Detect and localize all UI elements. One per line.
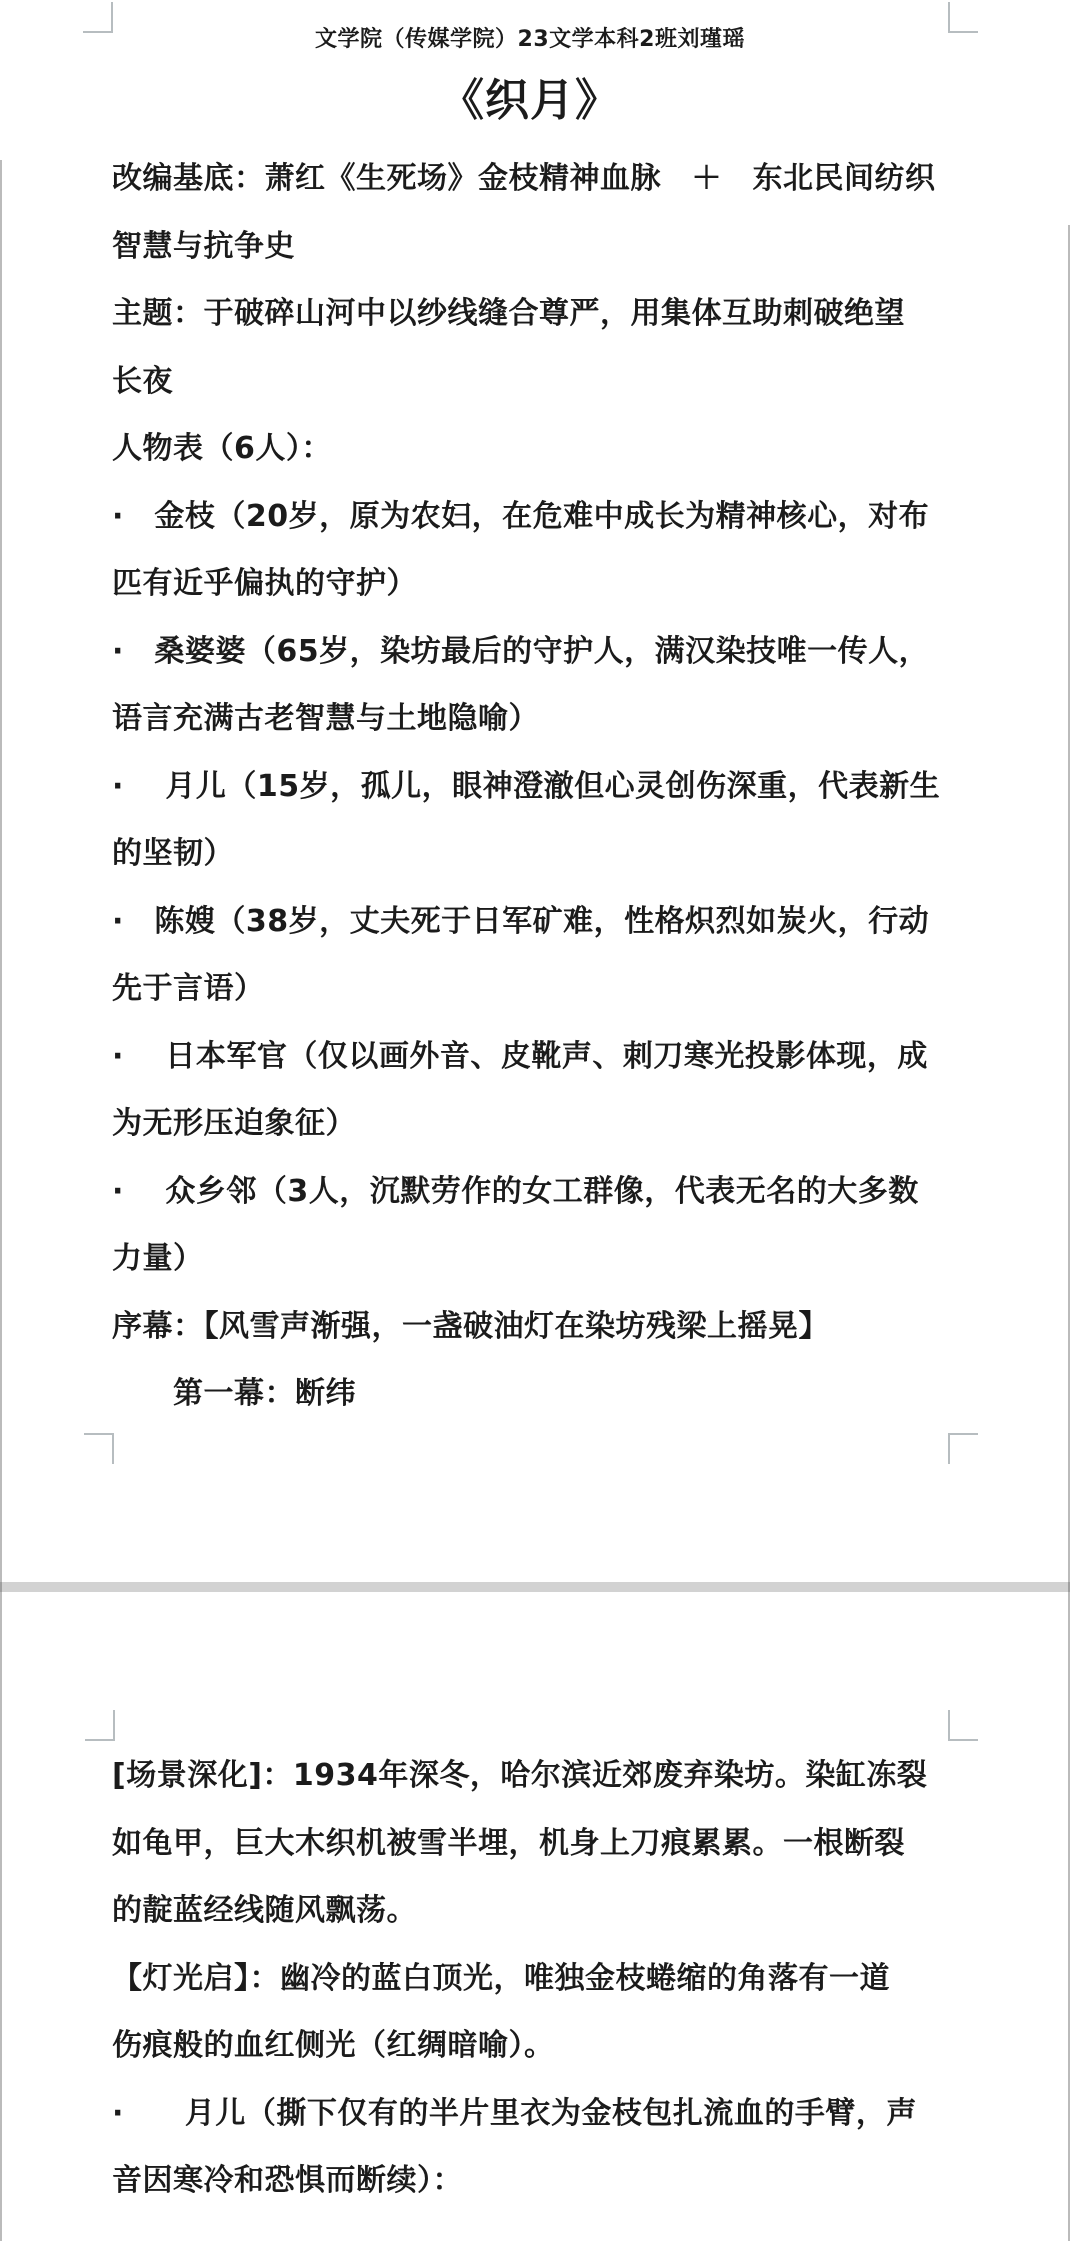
text-line: 的靛蓝经线随风飘荡。 (112, 1877, 974, 1945)
corner-mark-top-left (85, 1710, 115, 1741)
corner-mark-top-left (83, 2, 113, 33)
page-1-body: 改编基底：萧红《生死场》金枝精神血脉 ＋ 东北民间纺织 智慧与抗争史 主题：于破… (112, 145, 974, 1428)
text-line: 为无形压迫象征） (112, 1090, 974, 1158)
text-line: 匹有近乎偏执的守护） (112, 550, 974, 618)
text-line: 音因寒冷和恐惧而断续）： (112, 2147, 974, 2215)
text-line: · 金枝（20岁，原为农妇，在危难中成长为精神核心，对布 (112, 483, 974, 551)
text-line: · 月儿（撕下仅有的半片里衣为金枝包扎流血的手臂，声 (112, 2080, 974, 2148)
corner-mark-bottom-right (948, 1433, 978, 1464)
photo-edge-left (0, 160, 2, 2241)
text-line: 人物表（6人）： (112, 415, 974, 483)
document-canvas: 文学院（传媒学院）23文学本科2班刘瑾瑶 《织月》 改编基底：萧红《生死场》金枝… (0, 0, 1070, 2241)
text-line: 【灯光启】：幽冷的蓝白顶光，唯独金枝蜷缩的角落有一道 (112, 1945, 974, 2013)
page-separator (0, 1582, 1070, 1592)
text-line: 主题：于破碎山河中以纱线缝合尊严，用集体互助刺破绝望 (112, 280, 974, 348)
page-2-body: [场景深化]：1934年深冬，哈尔滨近郊废弃染坊。染缸冻裂 如龟甲，巨大木织机被… (112, 1742, 974, 2215)
text-line: 改编基底：萧红《生死场》金枝精神血脉 ＋ 东北民间纺织 (112, 145, 974, 213)
page-title: 《织月》 (112, 64, 948, 128)
text-line: 的坚韧） (112, 820, 974, 888)
corner-mark-top-right (948, 1710, 978, 1741)
text-line: 第一幕：断纬 (112, 1360, 974, 1428)
text-line: 长夜 (112, 348, 974, 416)
document-header: 文学院（传媒学院）23文学本科2班刘瑾瑶 (112, 22, 948, 53)
text-line: 伤痕般的血红侧光（红绸暗喻）。 (112, 2012, 974, 2080)
corner-mark-top-right (948, 2, 978, 33)
text-line: · 日本军官（仅以画外音、皮靴声、刺刀寒光投影体现，成 (112, 1023, 974, 1091)
corner-mark-bottom-left (84, 1433, 114, 1464)
text-line: 如龟甲，巨大木织机被雪半埋，机身上刀痕累累。一根断裂 (112, 1810, 974, 1878)
text-line: 序幕：【风雪声渐强，一盏破油灯在染坊残梁上摇晃】 (112, 1293, 974, 1361)
text-line: · 月儿（15岁，孤儿，眼神澄澈但心灵创伤深重，代表新生 (112, 753, 974, 821)
text-line: · 众乡邻（3人，沉默劳作的女工群像，代表无名的大多数 (112, 1158, 974, 1226)
text-line: 力量） (112, 1225, 974, 1293)
text-line: 语言充满古老智慧与土地隐喻） (112, 685, 974, 753)
text-line: 智慧与抗争史 (112, 213, 974, 281)
text-line: [场景深化]：1934年深冬，哈尔滨近郊废弃染坊。染缸冻裂 (112, 1742, 974, 1810)
text-line: 先于言语） (112, 955, 974, 1023)
text-line: · 桑婆婆（65岁，染坊最后的守护人，满汉染技唯一传人， (112, 618, 974, 686)
text-line: · 陈嫂（38岁，丈夫死于日军矿难，性格炽烈如炭火，行动 (112, 888, 974, 956)
